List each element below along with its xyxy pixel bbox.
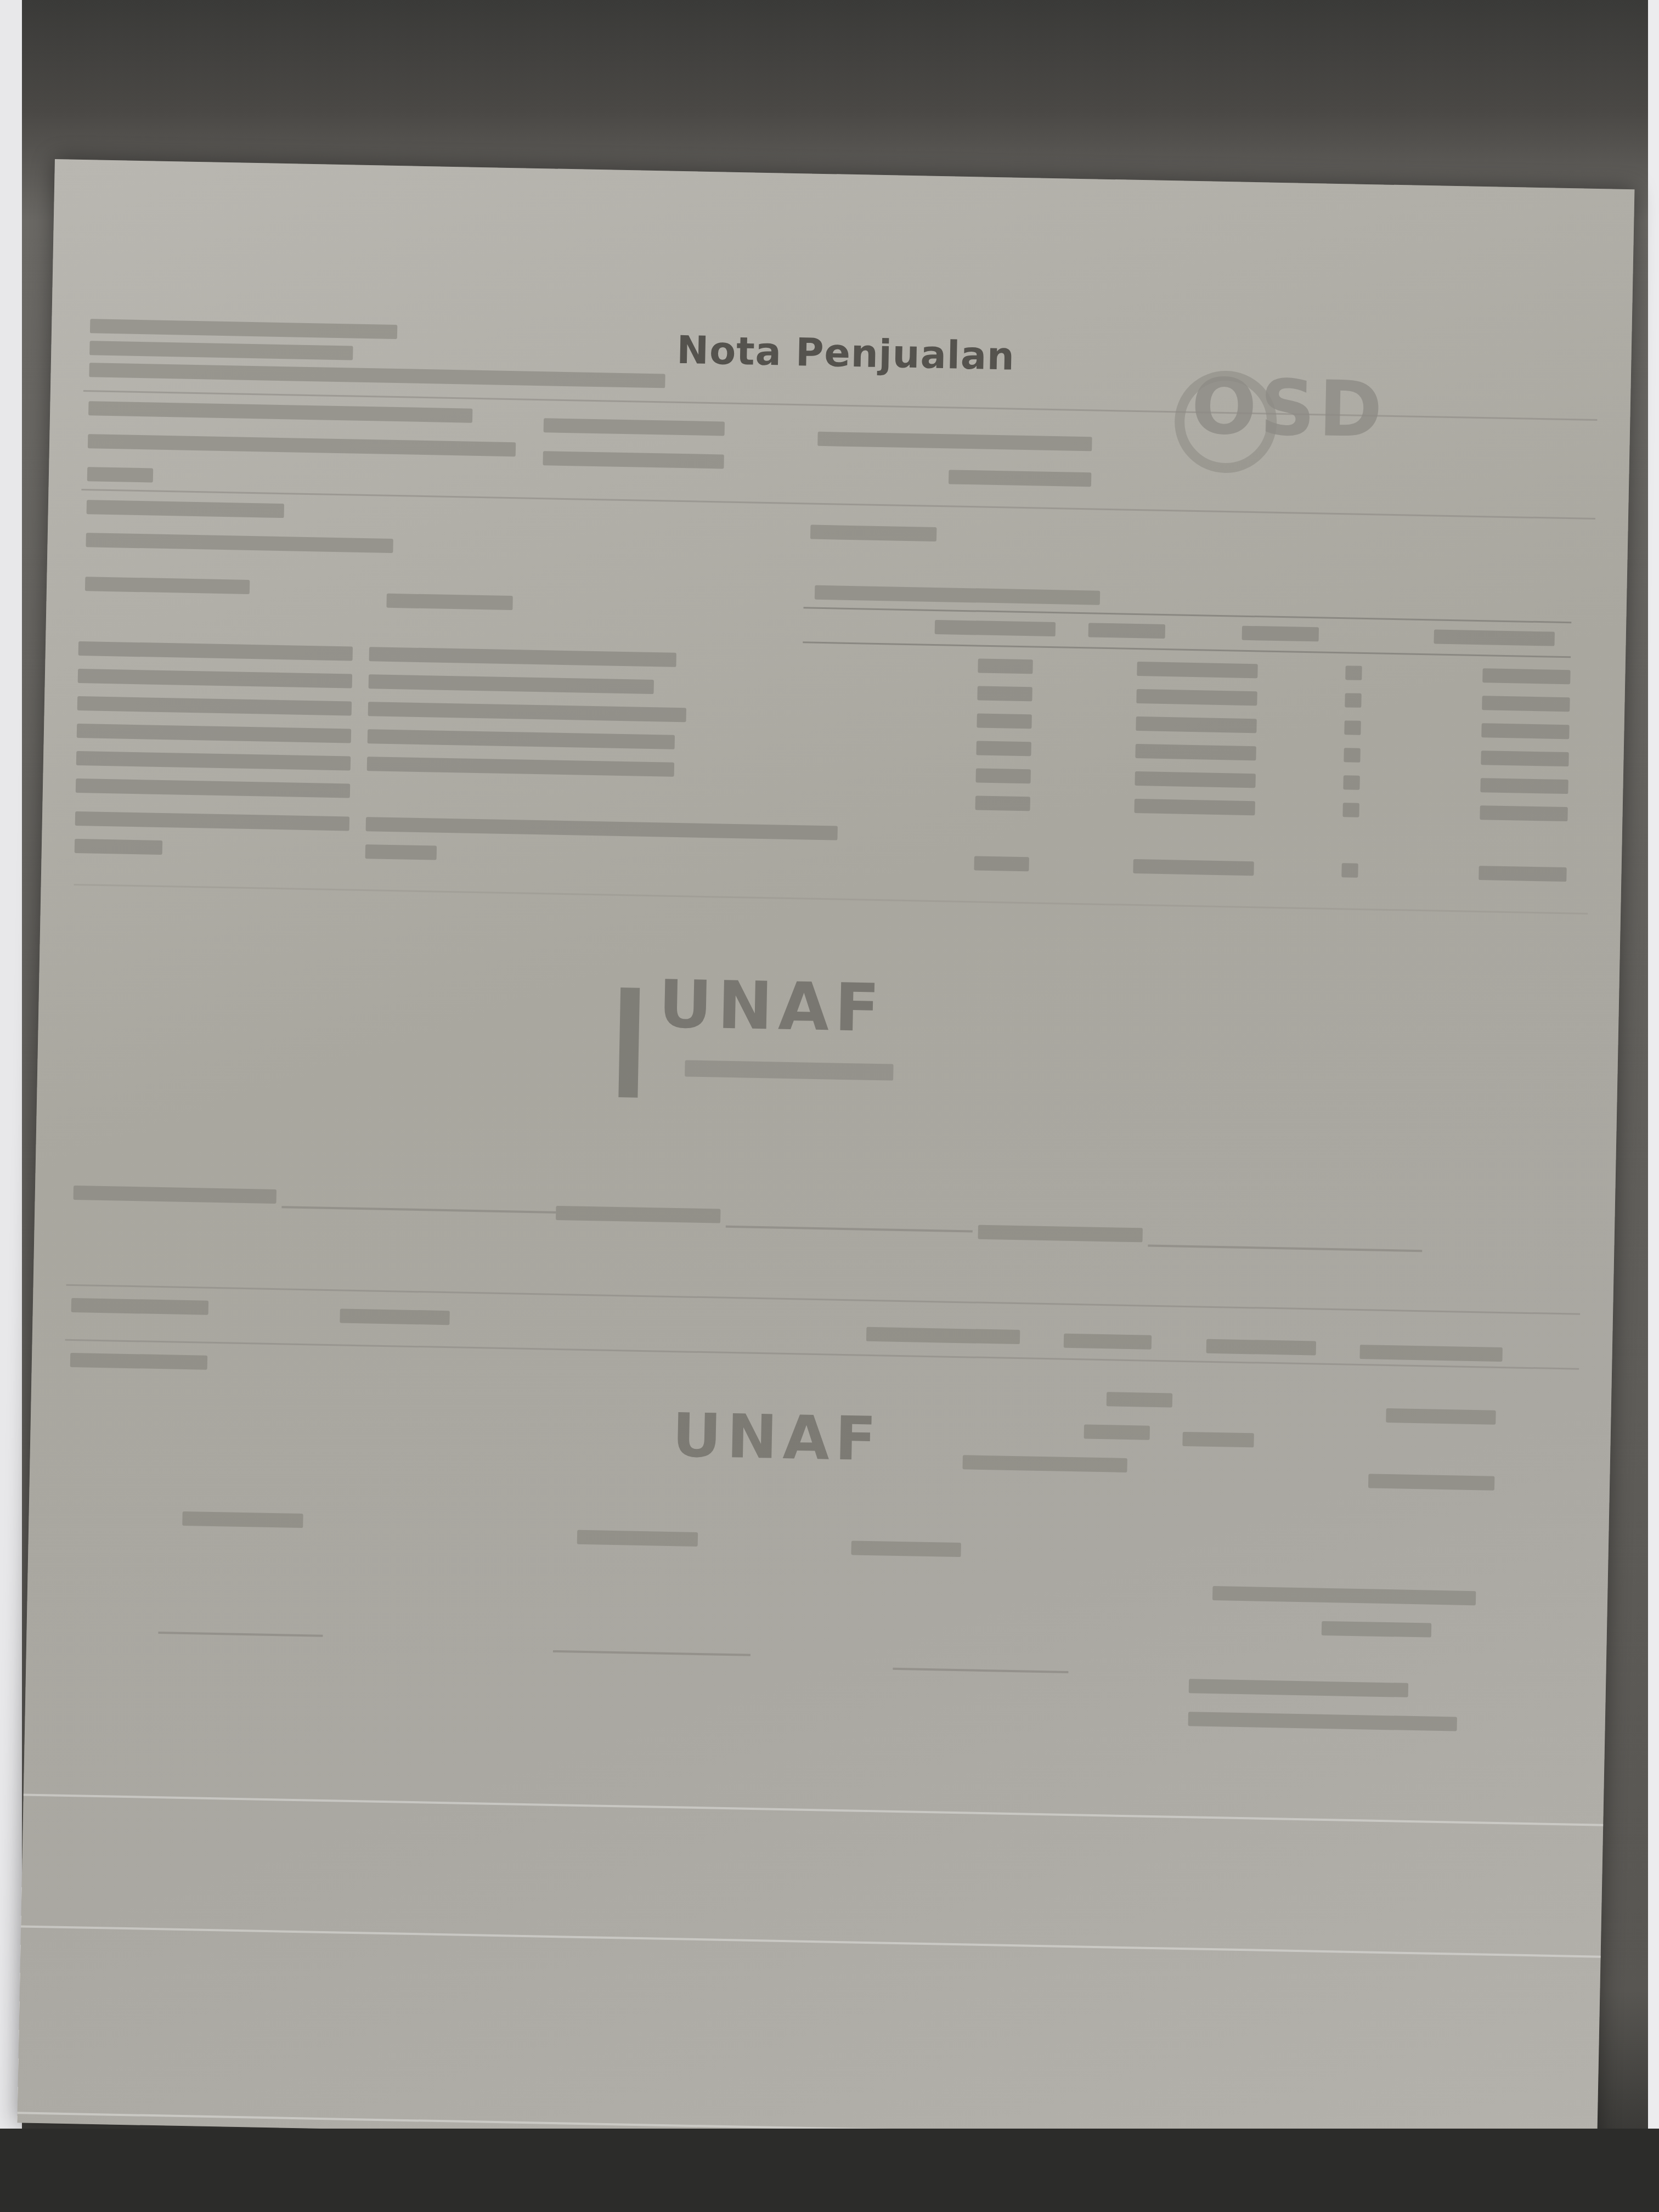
column-header bbox=[1242, 626, 1319, 642]
total-value bbox=[1386, 1408, 1496, 1425]
paper-fold bbox=[24, 1793, 1604, 1826]
column-header bbox=[1206, 1339, 1316, 1356]
company-contact-line bbox=[89, 363, 665, 388]
header-field bbox=[817, 432, 1092, 452]
header-field bbox=[815, 585, 1100, 605]
divider bbox=[81, 489, 1595, 520]
signature-line bbox=[281, 1206, 556, 1214]
column-header-description bbox=[340, 1308, 449, 1325]
column-header-item-code bbox=[71, 1298, 208, 1315]
column-header bbox=[1064, 1334, 1152, 1350]
stamp-subtext bbox=[685, 1060, 894, 1080]
header-field bbox=[810, 525, 936, 541]
company-name-line bbox=[90, 319, 397, 339]
discount-value bbox=[1182, 1432, 1254, 1447]
brand-logo: OSD bbox=[1190, 362, 1386, 455]
column-header bbox=[935, 620, 1056, 636]
footer-note bbox=[1188, 1712, 1457, 1731]
stamp-bottom: UNAF bbox=[672, 1400, 882, 1474]
stamp-bar bbox=[618, 988, 640, 1098]
totals-block bbox=[55, 159, 1634, 189]
column-header bbox=[866, 1327, 1020, 1344]
column-header bbox=[1088, 623, 1165, 639]
receipt-paper: Nota Penjualan OSD bbox=[17, 159, 1634, 2153]
footer-note bbox=[1212, 1586, 1476, 1605]
column-header bbox=[1434, 629, 1555, 646]
header-field bbox=[949, 470, 1091, 487]
table-body bbox=[55, 159, 1634, 189]
header-field bbox=[543, 451, 724, 469]
header-field bbox=[88, 434, 516, 456]
signature-label bbox=[851, 1541, 961, 1557]
header-field bbox=[86, 533, 393, 553]
column-header-description bbox=[386, 594, 512, 610]
header-field bbox=[87, 500, 284, 518]
signature-line bbox=[726, 1226, 973, 1233]
company-address-line bbox=[89, 341, 353, 360]
table-header bbox=[803, 607, 1571, 658]
divider bbox=[65, 1339, 1579, 1370]
signature-line bbox=[893, 1668, 1068, 1673]
document-title: Nota Penjualan bbox=[676, 328, 1015, 379]
header-field bbox=[544, 418, 725, 436]
header-field bbox=[88, 401, 472, 422]
column-header bbox=[1359, 1345, 1502, 1362]
column-header-item-code bbox=[85, 577, 250, 594]
header-fields bbox=[55, 159, 1634, 189]
divider bbox=[66, 1284, 1581, 1315]
signature-label bbox=[182, 1511, 303, 1528]
signature-line bbox=[1148, 1245, 1422, 1252]
grand-total-value bbox=[1368, 1474, 1494, 1490]
signature-label bbox=[74, 1186, 276, 1204]
discount-label bbox=[1084, 1424, 1150, 1440]
signature-label bbox=[978, 1225, 1143, 1243]
background-bottom bbox=[0, 2129, 1659, 2212]
footer-note bbox=[1322, 1621, 1431, 1638]
signature-label bbox=[577, 1530, 698, 1547]
footer-note bbox=[1189, 1679, 1408, 1697]
background-edge-left bbox=[0, 0, 22, 2212]
divider bbox=[74, 884, 1588, 915]
background-edge-right bbox=[1648, 0, 1659, 2212]
stamp: UNAF bbox=[658, 966, 885, 1047]
paper-fold bbox=[21, 1925, 1601, 1957]
signature-label bbox=[556, 1206, 720, 1223]
total-label bbox=[1107, 1392, 1172, 1407]
signature-line bbox=[158, 1632, 323, 1637]
handwritten-note-label bbox=[70, 1353, 207, 1370]
signature-line bbox=[553, 1650, 751, 1656]
header-field bbox=[87, 467, 153, 482]
grand-total-label bbox=[962, 1455, 1127, 1472]
